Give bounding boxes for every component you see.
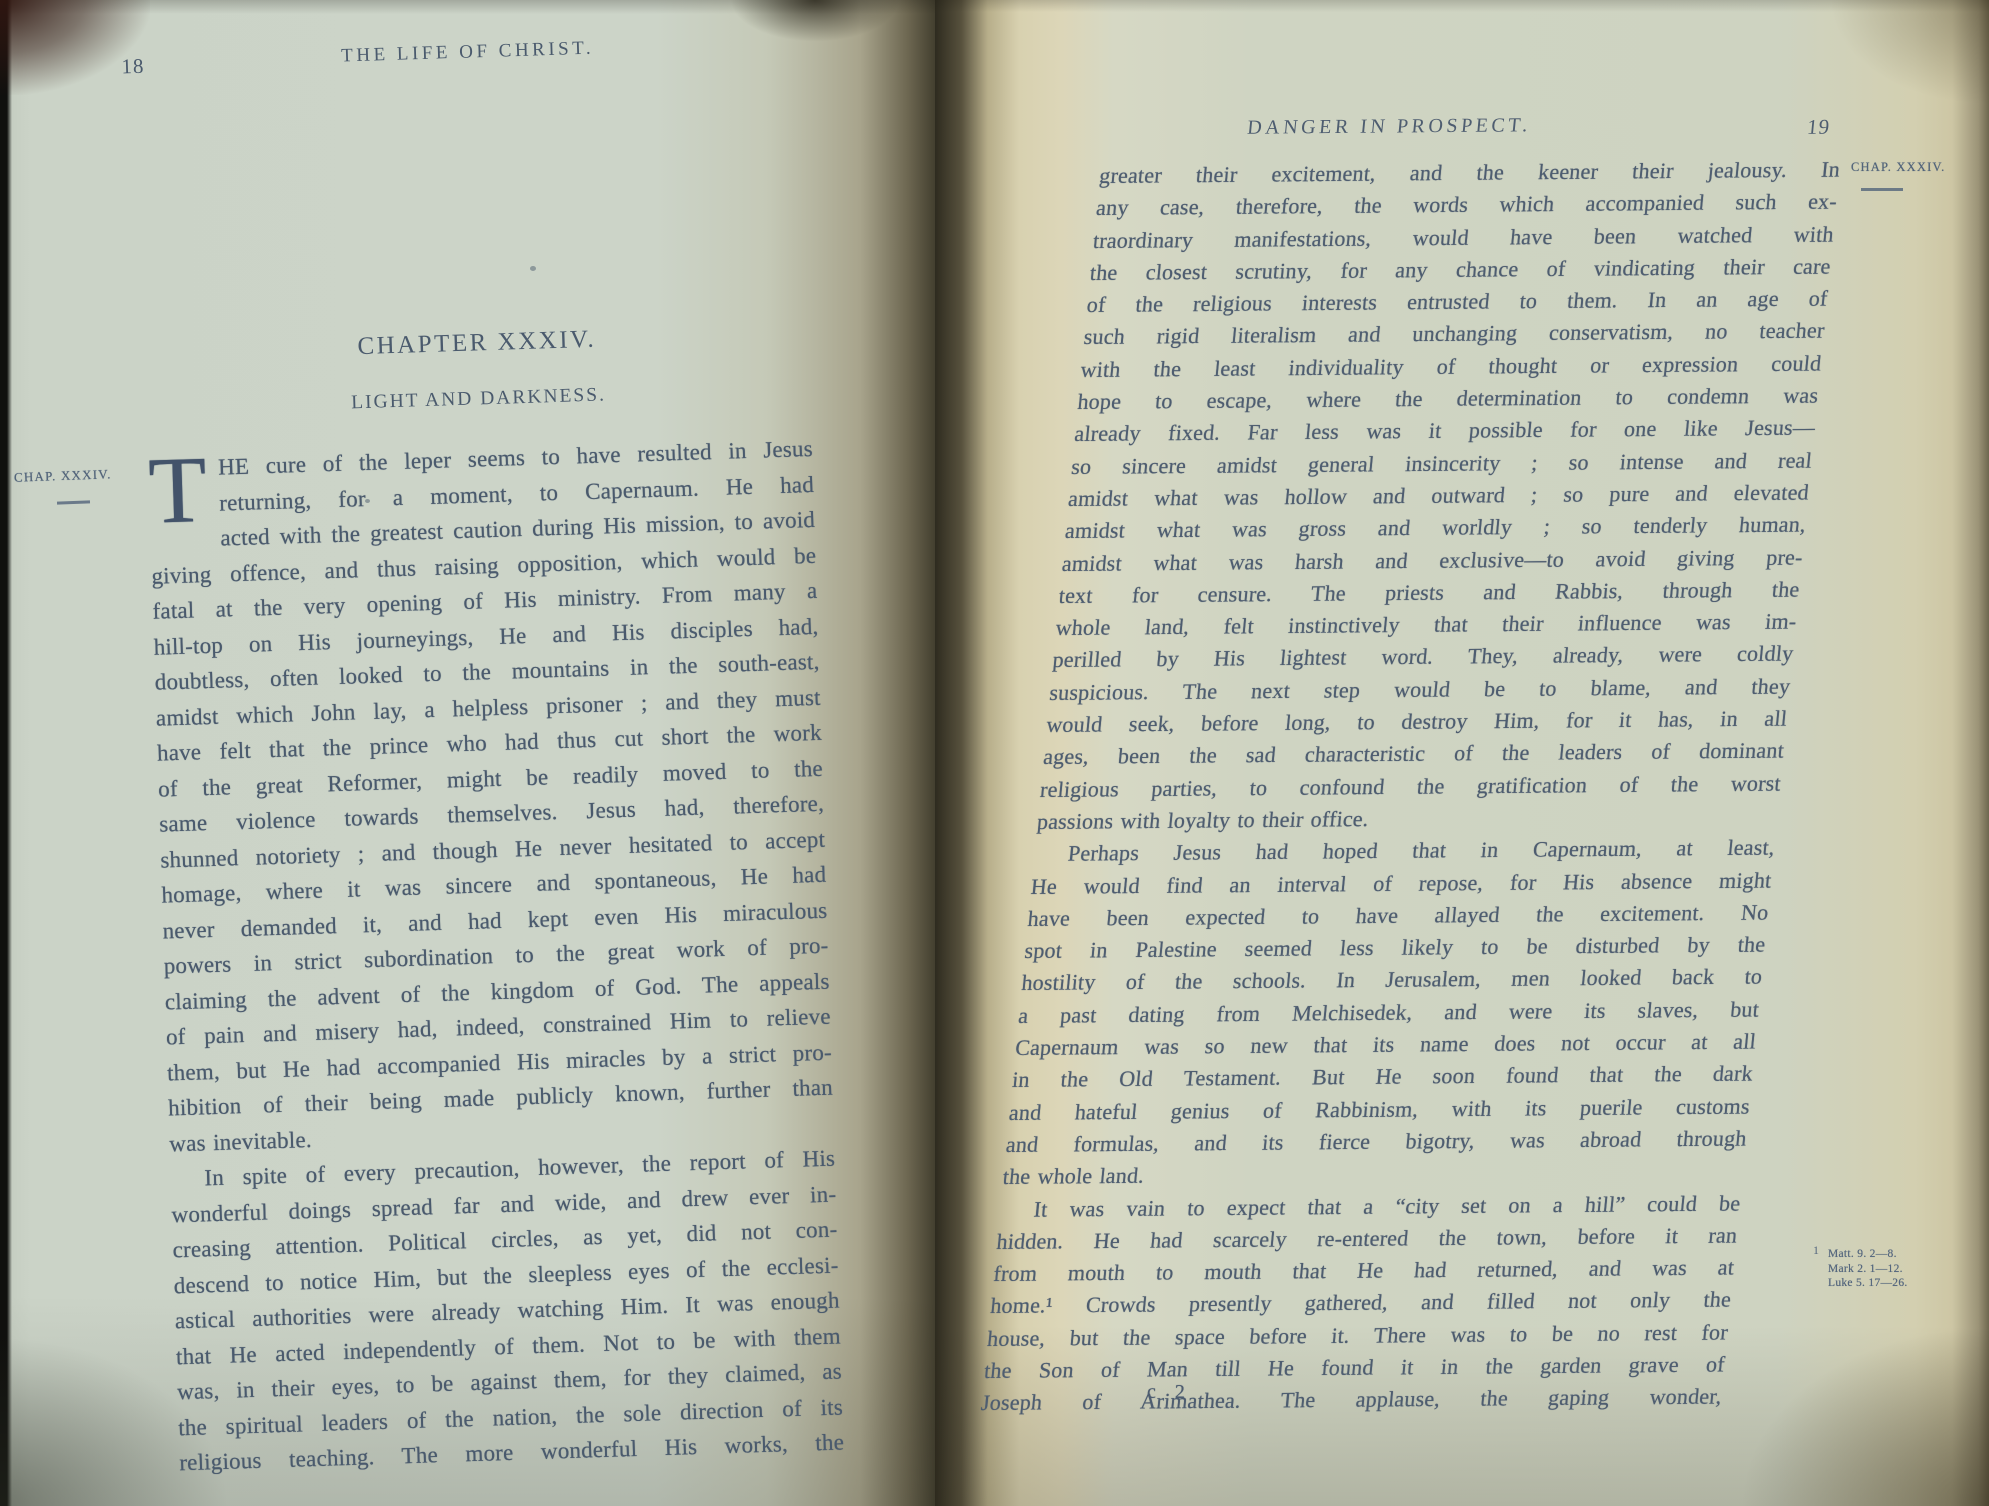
right-page-header: DANGER IN PROSPECT. 19 (1102, 112, 1846, 148)
text-line: and formulas, and its fierce bigotry, wa… (1004, 1122, 1748, 1161)
text-line: religious parties, to confound the grati… (1039, 767, 1783, 806)
chapter-heading: CHAPTER XXXIV. (144, 319, 810, 368)
left-page-body: THE cure of the leper seems to have resu… (148, 431, 845, 1481)
drop-cap: T (148, 453, 208, 531)
right-page-number: 19 (1806, 115, 1831, 140)
scripture-references: Matt. 9. 2—8.Mark 2. 1—12.Luke 5. 17—26. (1828, 1247, 1978, 1291)
scripture-reference-line: Luke 5. 17—26. (1828, 1276, 1978, 1291)
book-photo: 18 THE LIFE OF CHRIST. CHAPTER XXXIV. LI… (0, 0, 1989, 1506)
paragraph: Perhaps Jesus had hoped that in Capernau… (1001, 832, 1776, 1194)
left-page-number: 18 (121, 54, 145, 80)
margin-note-rule (1861, 188, 1903, 191)
right-page: DANGER IN PROSPECT. 19 greater their exc… (980, 112, 1846, 1420)
printer-signature-mark: c 2 (1147, 1381, 1192, 1404)
footnote-marker: 1 (1813, 1243, 1819, 1258)
scripture-reference-line: Mark 2. 1—12. (1828, 1262, 1978, 1277)
text-line: Joseph of Arimathea. The applause, the g… (980, 1381, 1724, 1420)
paragraph: It was vain to expect that a “city set o… (980, 1187, 1742, 1420)
left-page: 18 THE LIFE OF CHRIST. CHAPTER XXXIV. LI… (135, 31, 845, 1481)
right-page-body: greater their excitement, and the keener… (980, 154, 1842, 1420)
left-margin-chapter-note: CHAP. XXXIV. (14, 466, 112, 485)
paragraph: greater their excitement, and the keener… (1036, 154, 1842, 839)
chapter-subtitle: LIGHT AND DARKNESS. (146, 378, 811, 421)
scripture-reference-line: Matt. 9. 2—8. (1828, 1247, 1978, 1262)
right-running-head: DANGER IN PROSPECT. (1233, 114, 1545, 140)
paragraph: In spite of every precaution, however, t… (170, 1141, 845, 1481)
right-margin-chapter-note: CHAP. XXXIV. (1851, 160, 1981, 175)
paragraph: THE cure of the leper seems to have resu… (148, 431, 835, 1162)
